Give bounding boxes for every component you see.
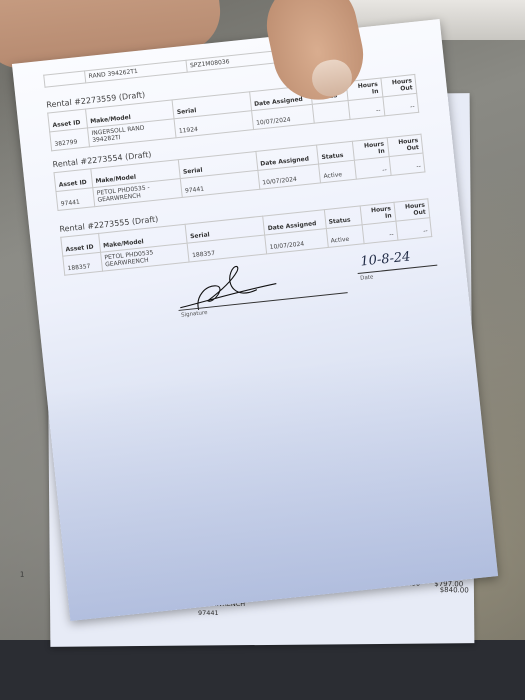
hours-out-cell: --	[383, 93, 419, 115]
line-number: 1	[20, 571, 25, 579]
make-model-cell: RAND 394262T1	[85, 60, 188, 83]
line-total: $840.00	[440, 586, 469, 595]
hours-in-cell: --	[349, 97, 385, 119]
hours-out-cell: --	[389, 153, 425, 175]
asset-id-cell: 188357	[63, 252, 103, 275]
hours-out-cell: --	[396, 218, 432, 240]
status-cell: Active	[326, 225, 364, 248]
signature-scribble	[174, 257, 288, 316]
serial-cell: SPZ1M08036	[186, 50, 284, 72]
date-label: Date	[360, 274, 374, 281]
hours-in-cell: --	[362, 221, 398, 243]
shadow	[46, 347, 498, 621]
floor	[0, 640, 525, 700]
handwritten-date: 10-8-24	[360, 249, 411, 269]
signature-label: Signature	[181, 310, 208, 319]
status-cell	[312, 101, 350, 124]
asset-id-cell: 97441	[56, 188, 95, 211]
status-cell: Active	[319, 160, 357, 183]
asset-id-cell: 382799	[50, 128, 90, 151]
rental-document: RAND 394262T1 SPZ1M08036 10/07/2024 Rent…	[12, 19, 498, 621]
item-line: 97441	[198, 609, 245, 618]
hours-in-cell: --	[355, 157, 391, 179]
